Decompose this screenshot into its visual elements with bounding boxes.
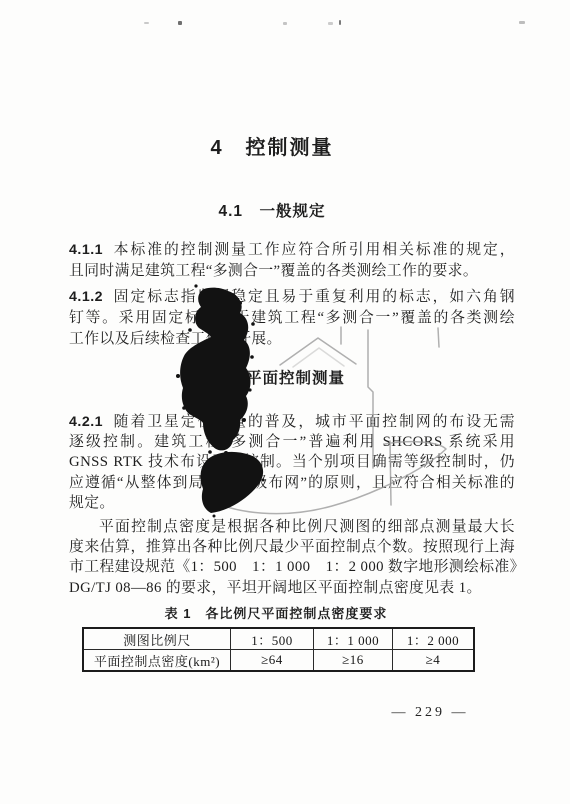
- section-heading-4-2: 4.2 平面控制测量: [52, 366, 498, 388]
- text-line: DG/TJ 08—86 的要求，平坦开阔地区平面控制点密度见表 1。: [69, 578, 515, 598]
- text-line: 工作以及后续检查工作的开展。: [69, 329, 515, 350]
- text-line: 度来估算，推算出各种比例尺最少平面控制点个数。按照现行上海: [69, 537, 515, 557]
- text-line: 4.2.1随着卫星定位测量的普及，城市平面控制网的布设无需: [69, 412, 515, 432]
- text-line: 市工程建设规范《1：500 1：1 000 1：2 000 数字地形测绘标准》: [69, 557, 515, 577]
- table-cell: ≥4: [393, 650, 475, 672]
- scanned-document-page: 4 控制测量 4.1 一般规定 4.2 平面控制测量 4.1.1本标准的控制测量…: [0, 0, 570, 804]
- table-header-cell: 1：500: [231, 628, 314, 650]
- chapter-heading: 4 控制测量: [49, 131, 495, 160]
- clause-4-1-2: 4.1.2固定标志指坚固稳定且易于重复利用的标志，如六角钢 钉等。采用固定标志易…: [69, 287, 515, 350]
- scan-speck: [178, 21, 182, 25]
- clause-number: 4.1.1: [69, 242, 103, 258]
- table-header-cell: 1：2 000: [393, 628, 475, 650]
- clause-number: 4.1.2: [69, 289, 103, 305]
- clause-text: 随着卫星定位测量的普及，城市平面控制网的布设无需: [112, 414, 515, 430]
- text-line: 钉等。采用固定标志易于建筑工程“多测合一”覆盖的各类测绘: [69, 308, 515, 329]
- scan-speck: [328, 22, 333, 25]
- text-line: 逐级控制。建筑工程“多测合一”普遍利用 SHCORS 系统采用: [69, 432, 515, 452]
- text-line: 4.1.1本标准的控制测量工作应符合所引用相关标准的规定，: [69, 240, 515, 261]
- table-row: 平面控制点密度(km²) ≥64 ≥16 ≥4: [83, 650, 474, 672]
- scan-speck: [339, 20, 341, 25]
- table-cell: ≥16: [314, 650, 393, 672]
- clause-number: 4.2.1: [69, 414, 103, 430]
- scan-artifacts-overlay: [0, 0, 570, 804]
- page-number: — 229 —: [330, 704, 530, 722]
- text-line: GNSS RTK 技术布设平面控制。当个别项目确需等级控制时，仍: [69, 452, 515, 472]
- text-line: 且同时满足建筑工程“多测合一”覆盖的各类测绘工作的要求。: [69, 261, 515, 282]
- text-line: 应遵循“从整体到局部、分级布网”的原则，且应符合相关标准的: [69, 473, 515, 493]
- clause-text: 固定标志指坚固稳定且易于重复利用的标志，如六角钢: [112, 289, 515, 305]
- density-table: 测图比例尺 1：500 1：1 000 1：2 000 平面控制点密度(km²)…: [82, 627, 475, 672]
- section-heading-4-1: 4.1 一般规定: [49, 199, 495, 221]
- table-header-cell: 1：1 000: [314, 628, 393, 650]
- text-line: 平面控制点密度是根据各种比例尺测图的细部点测量最大长: [69, 517, 515, 537]
- density-paragraph: 平面控制点密度是根据各种比例尺测图的细部点测量最大长 度来估算，推算出各种比例尺…: [69, 517, 515, 598]
- clause-text: 本标准的控制测量工作应符合所引用相关标准的规定，: [112, 242, 515, 258]
- table-row: 测图比例尺 1：500 1：1 000 1：2 000: [83, 628, 474, 650]
- clause-4-1-1: 4.1.1本标准的控制测量工作应符合所引用相关标准的规定， 且同时满足建筑工程“…: [69, 240, 515, 282]
- scan-speck: [519, 21, 525, 24]
- scan-speck: [283, 22, 287, 25]
- table-caption: 表 1 各比例尺平面控制点密度要求: [82, 603, 470, 622]
- table-cell: ≥64: [231, 650, 314, 672]
- table-cell: 平面控制点密度(km²): [83, 650, 231, 672]
- text-line: 4.1.2固定标志指坚固稳定且易于重复利用的标志，如六角钢: [69, 287, 515, 308]
- clause-4-2-1: 4.2.1随着卫星定位测量的普及，城市平面控制网的布设无需 逐级控制。建筑工程“…: [69, 412, 515, 513]
- scan-speck: [144, 22, 149, 24]
- text-line: 规定。: [69, 493, 515, 513]
- table-header-cell: 测图比例尺: [83, 628, 231, 650]
